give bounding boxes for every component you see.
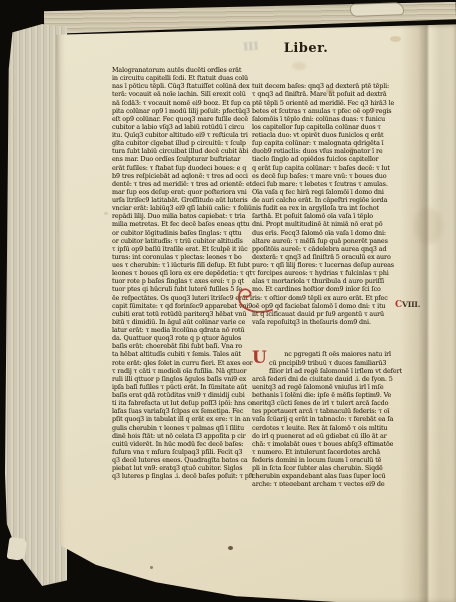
foxing-spot bbox=[372, 108, 376, 112]
chapter-number: VIII. bbox=[402, 300, 420, 309]
book-page: III Liber. Malogranatorum autēs ducēti o… bbox=[56, 22, 456, 602]
rubricated-initial: U bbox=[252, 351, 267, 368]
ink-speck bbox=[150, 566, 153, 569]
text-column-right: tuit decem baſes: qnq3 ad dexterā ptē tē… bbox=[252, 66, 416, 486]
text-column-left: Malogranatorum autēs ducēti ordīes erāt … bbox=[112, 66, 253, 486]
foxing-spot bbox=[349, 147, 354, 152]
foxing-smudge bbox=[414, 208, 442, 244]
foxing-spot bbox=[326, 88, 334, 94]
foxing-spot bbox=[390, 36, 401, 42]
foxing-spot bbox=[104, 212, 108, 215]
initial-flourish-icon bbox=[234, 285, 276, 315]
damaged-page-edge-fragment bbox=[350, 2, 404, 17]
right-column-part2-text: nc pgregati ſt oēs maiores natu irl cū p… bbox=[252, 350, 402, 486]
foxing-spot bbox=[292, 62, 306, 70]
chapter-marker: CVIII. bbox=[395, 300, 420, 310]
right-column-part1: tuit decem baſes: qnq3 ad dexterā ptē tē… bbox=[252, 82, 416, 326]
running-header: Liber. bbox=[256, 41, 356, 56]
book-photo: III Liber. Malogranatorum autēs ducēti o… bbox=[0, 0, 456, 602]
right-column-part2: Unc pgregati ſt oēs maiores natu irl cū … bbox=[252, 342, 416, 486]
ink-speck bbox=[228, 546, 233, 550]
